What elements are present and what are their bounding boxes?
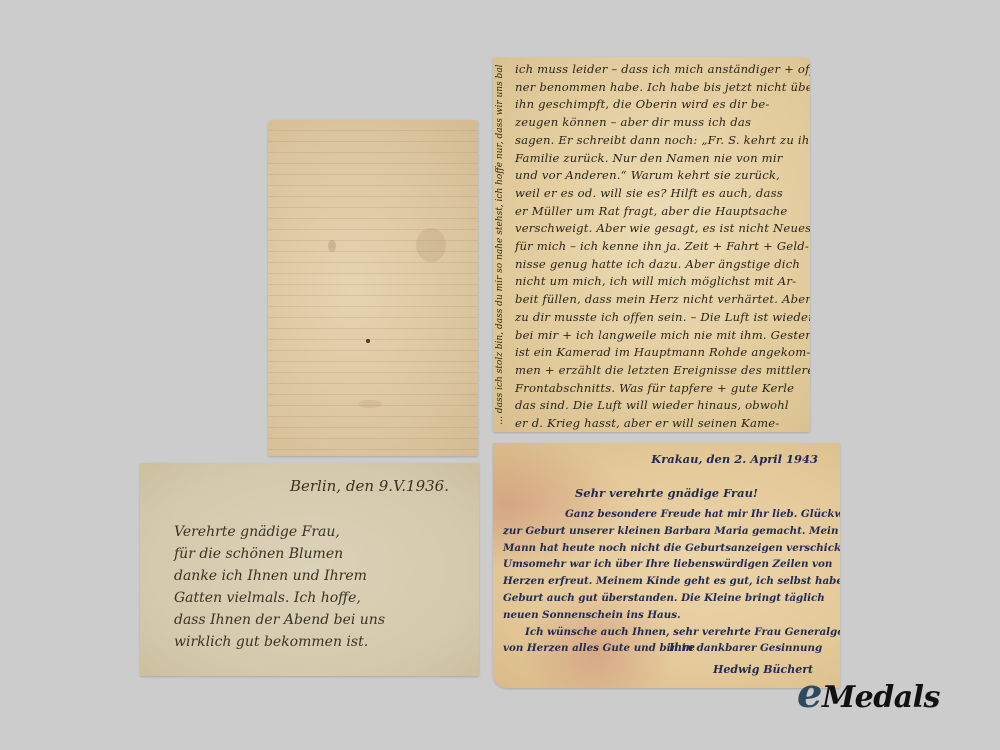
- letter-line: beit füllen, dass mein Herz nicht verhär…: [515, 291, 804, 309]
- letter-line: Familie zurück. Nur den Namen nie von mi…: [515, 150, 804, 168]
- card-line: Umsomehr war ich über Ihre liebenswürdig…: [503, 556, 840, 573]
- letter-line: zeugen können – aber dir muss ich das: [515, 114, 804, 132]
- card-line: neuen Sonnenschein ins Haus.: [503, 607, 840, 624]
- letter-line: bei mir + ich langweile mich nie mit ihm…: [515, 327, 804, 345]
- card-line: Ich wünsche auch Ihnen, sehr verehrte Fr…: [503, 624, 840, 641]
- handwritten-letter: … dass ich stolz bin, dass du mir so nah…: [493, 57, 810, 432]
- paper-stain: [328, 240, 336, 252]
- card-line: Ganz besondere Freude hat mir Ihr lieb. …: [503, 506, 840, 523]
- card-line: Geburt auch gut überstanden. Die Kleine …: [503, 590, 840, 607]
- watermark-text: Medals: [822, 680, 940, 715]
- postcard-line: wirklich gut bekommen ist.: [174, 631, 385, 653]
- letter-line: das sind. Die Luft will wieder hinaus, o…: [515, 397, 804, 415]
- watermark-prefix: e: [797, 670, 822, 717]
- letter-line: er d. Krieg hasst, aber er will seinen K…: [515, 415, 804, 432]
- letter-line: ich muss leider – dass ich mich anständi…: [515, 61, 804, 79]
- letter-line: und vor Anderen.“ Warum kehrt sie zurück…: [515, 167, 804, 185]
- card-line: zur Geburt unserer kleinen Barbara Maria…: [503, 523, 840, 540]
- letter-line: nicht um mich, ich will mich möglichst m…: [515, 273, 804, 291]
- postcard-1936: Berlin, den 9.V.1936. Verehrte gnädige F…: [140, 463, 479, 676]
- letter-line: sagen. Er schreibt dann noch: „Fr. S. ke…: [515, 132, 804, 150]
- letter-line: zu dir musste ich offen sein. – Die Luft…: [515, 309, 804, 327]
- letter-line: men + erzählt die letzten Ereignisse des…: [515, 362, 804, 380]
- card-line: Herzen erfreut. Meinem Kinde geht es gut…: [503, 573, 840, 590]
- card-body: Ganz besondere Freude hat mir Ihr lieb. …: [503, 506, 840, 657]
- letter-line: weil er es od. will sie es? Hilft es auc…: [515, 185, 804, 203]
- card-salutation: Sehr verehrte gnädige Frau!: [575, 486, 758, 500]
- letter-body: ich muss leider – dass ich mich anständi…: [515, 61, 804, 432]
- postcard-body: Verehrte gnädige Frau, für die schönen B…: [174, 521, 385, 653]
- letter-line: er Müller um Rat fragt, aber die Hauptsa…: [515, 203, 804, 221]
- paper-stain: [416, 228, 446, 262]
- paper-stain: [358, 400, 382, 408]
- postcard-line: Verehrte gnädige Frau,: [174, 521, 385, 543]
- card-date: Krakau, den 2. April 1943: [651, 452, 818, 466]
- letter-line: ihn geschimpft, die Oberin wird es dir b…: [515, 96, 804, 114]
- card-closing: Ihre: [669, 641, 695, 654]
- letter-line: verschweigt. Aber wie gesagt, es ist nic…: [515, 220, 804, 238]
- blank-ruled-sheet: [268, 120, 478, 456]
- postcard-line: dass Ihnen der Abend bei uns: [174, 609, 385, 631]
- letter-line: für mich – ich kenne ihn ja. Zeit + Fahr…: [515, 238, 804, 256]
- card-line: Mann hat heute noch nicht die Geburtsanz…: [503, 540, 840, 557]
- postcard-date: Berlin, den 9.V.1936.: [290, 477, 449, 495]
- letter-line: Frontabschnitts. Was für tapfere + gute …: [515, 380, 804, 398]
- paper-spot: [366, 339, 370, 343]
- letter-line: nisse genug hatte ich dazu. Aber ängstig…: [515, 256, 804, 274]
- emedals-watermark-logo: eMedals: [797, 676, 940, 716]
- postcard-line: danke ich Ihnen und Ihrem: [174, 565, 385, 587]
- greeting-card-1943: Krakau, den 2. April 1943 Sehr verehrte …: [493, 443, 840, 688]
- postcard-line: Gatten vielmals. Ich hoffe,: [174, 587, 385, 609]
- letter-line: ner benommen habe. Ich habe bis jetzt ni…: [515, 79, 804, 97]
- letter-margin-note: … dass ich stolz bin, dass du mir so nah…: [495, 65, 505, 425]
- postcard-line: für die schönen Blumen: [174, 543, 385, 565]
- letter-line: ist ein Kamerad im Hauptmann Rohde angek…: [515, 344, 804, 362]
